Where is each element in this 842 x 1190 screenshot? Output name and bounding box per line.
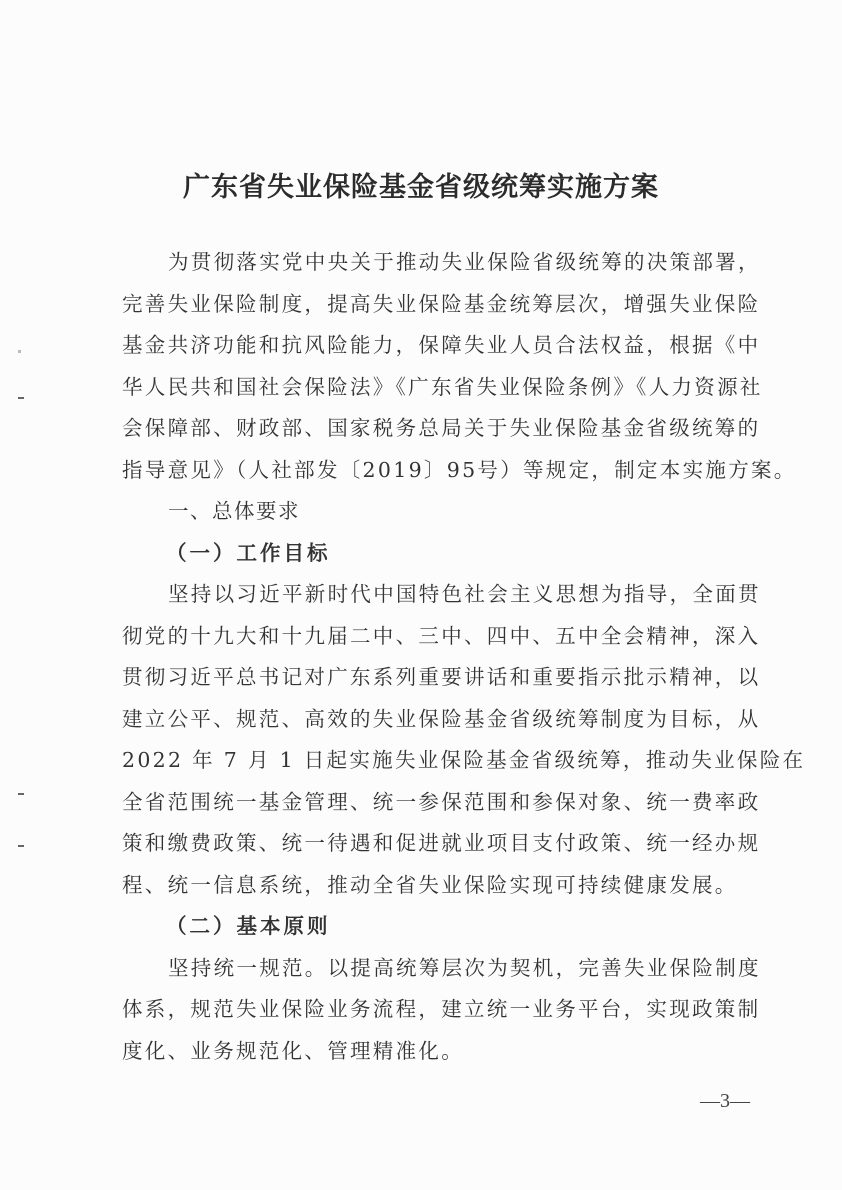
paragraph-line: 体系，规范失业保险业务流程，建立统一业务平台，实现政策制 <box>122 989 762 1031</box>
section-heading: 一、总体要求 <box>122 491 762 533</box>
paragraph-line: 坚持以习近平新时代中国特色社会主义思想为指导，全面贯 <box>122 574 762 616</box>
page-number: —3— <box>700 1090 750 1113</box>
paragraph-line: 完善失业保险制度，提高失业保险基金统筹层次，增强失业保险 <box>122 284 762 326</box>
paragraph-line: 策和缴费政策、统一待遇和促进就业项目支付政策、统一经办规 <box>122 823 762 865</box>
paragraph-line: 建立公平、规范、高效的失业保险基金省级统筹制度为目标，从 <box>122 699 762 741</box>
document-body: 为贯彻落实党中央关于推动失业保险省级统筹的决策部署， 完善失业保险制度，提高失业… <box>122 242 762 1072</box>
subsection-heading: （二）基本原则 <box>122 906 762 948</box>
scan-mark <box>18 350 21 353</box>
paragraph-line: 度化、业务规范化、管理精准化。 <box>122 1031 762 1073</box>
subsection-heading: （一）工作目标 <box>122 533 762 575</box>
document-page: 广东省失业保险基金省级统筹实施方案 为贯彻落实党中央关于推动失业保险省级统筹的决… <box>0 0 842 1190</box>
paragraph-line: 2022 年 7 月 1 日起实施失业保险基金省级统筹，推动失业保险在 <box>122 740 762 782</box>
paragraph-line: 全省范围统一基金管理、统一参保范围和参保对象、统一费率政 <box>122 782 762 824</box>
scan-mark <box>18 793 24 795</box>
scan-mark <box>18 397 24 399</box>
paragraph-line: 会保障部、财政部、国家税务总局关于失业保险基金省级统筹的 <box>122 408 762 450</box>
paragraph-line: 华人民共和国社会保险法》《广东省失业保险条例》《人力资源社 <box>122 367 762 409</box>
document-title: 广东省失业保险基金省级统筹实施方案 <box>0 165 842 204</box>
paragraph-line: 程、统一信息系统，推动全省失业保险实现可持续健康发展。 <box>122 865 762 907</box>
paragraph-line: 彻党的十九大和十九届二中、三中、四中、五中全会精神，深入 <box>122 616 762 658</box>
paragraph-line: 为贯彻落实党中央关于推动失业保险省级统筹的决策部署， <box>122 242 762 284</box>
paragraph-line: 基金共济功能和抗风险能力，保障失业人员合法权益，根据《中 <box>122 325 762 367</box>
paragraph-line: 贯彻习近平总书记对广东系列重要讲话和重要指示批示精神，以 <box>122 657 762 699</box>
paragraph-line: 指导意见》（人社部发〔2019〕95号）等规定，制定本实施方案。 <box>122 450 762 492</box>
scan-mark <box>18 845 24 847</box>
paragraph-line: 坚持统一规范。以提高统筹层次为契机，完善失业保险制度 <box>122 948 762 990</box>
